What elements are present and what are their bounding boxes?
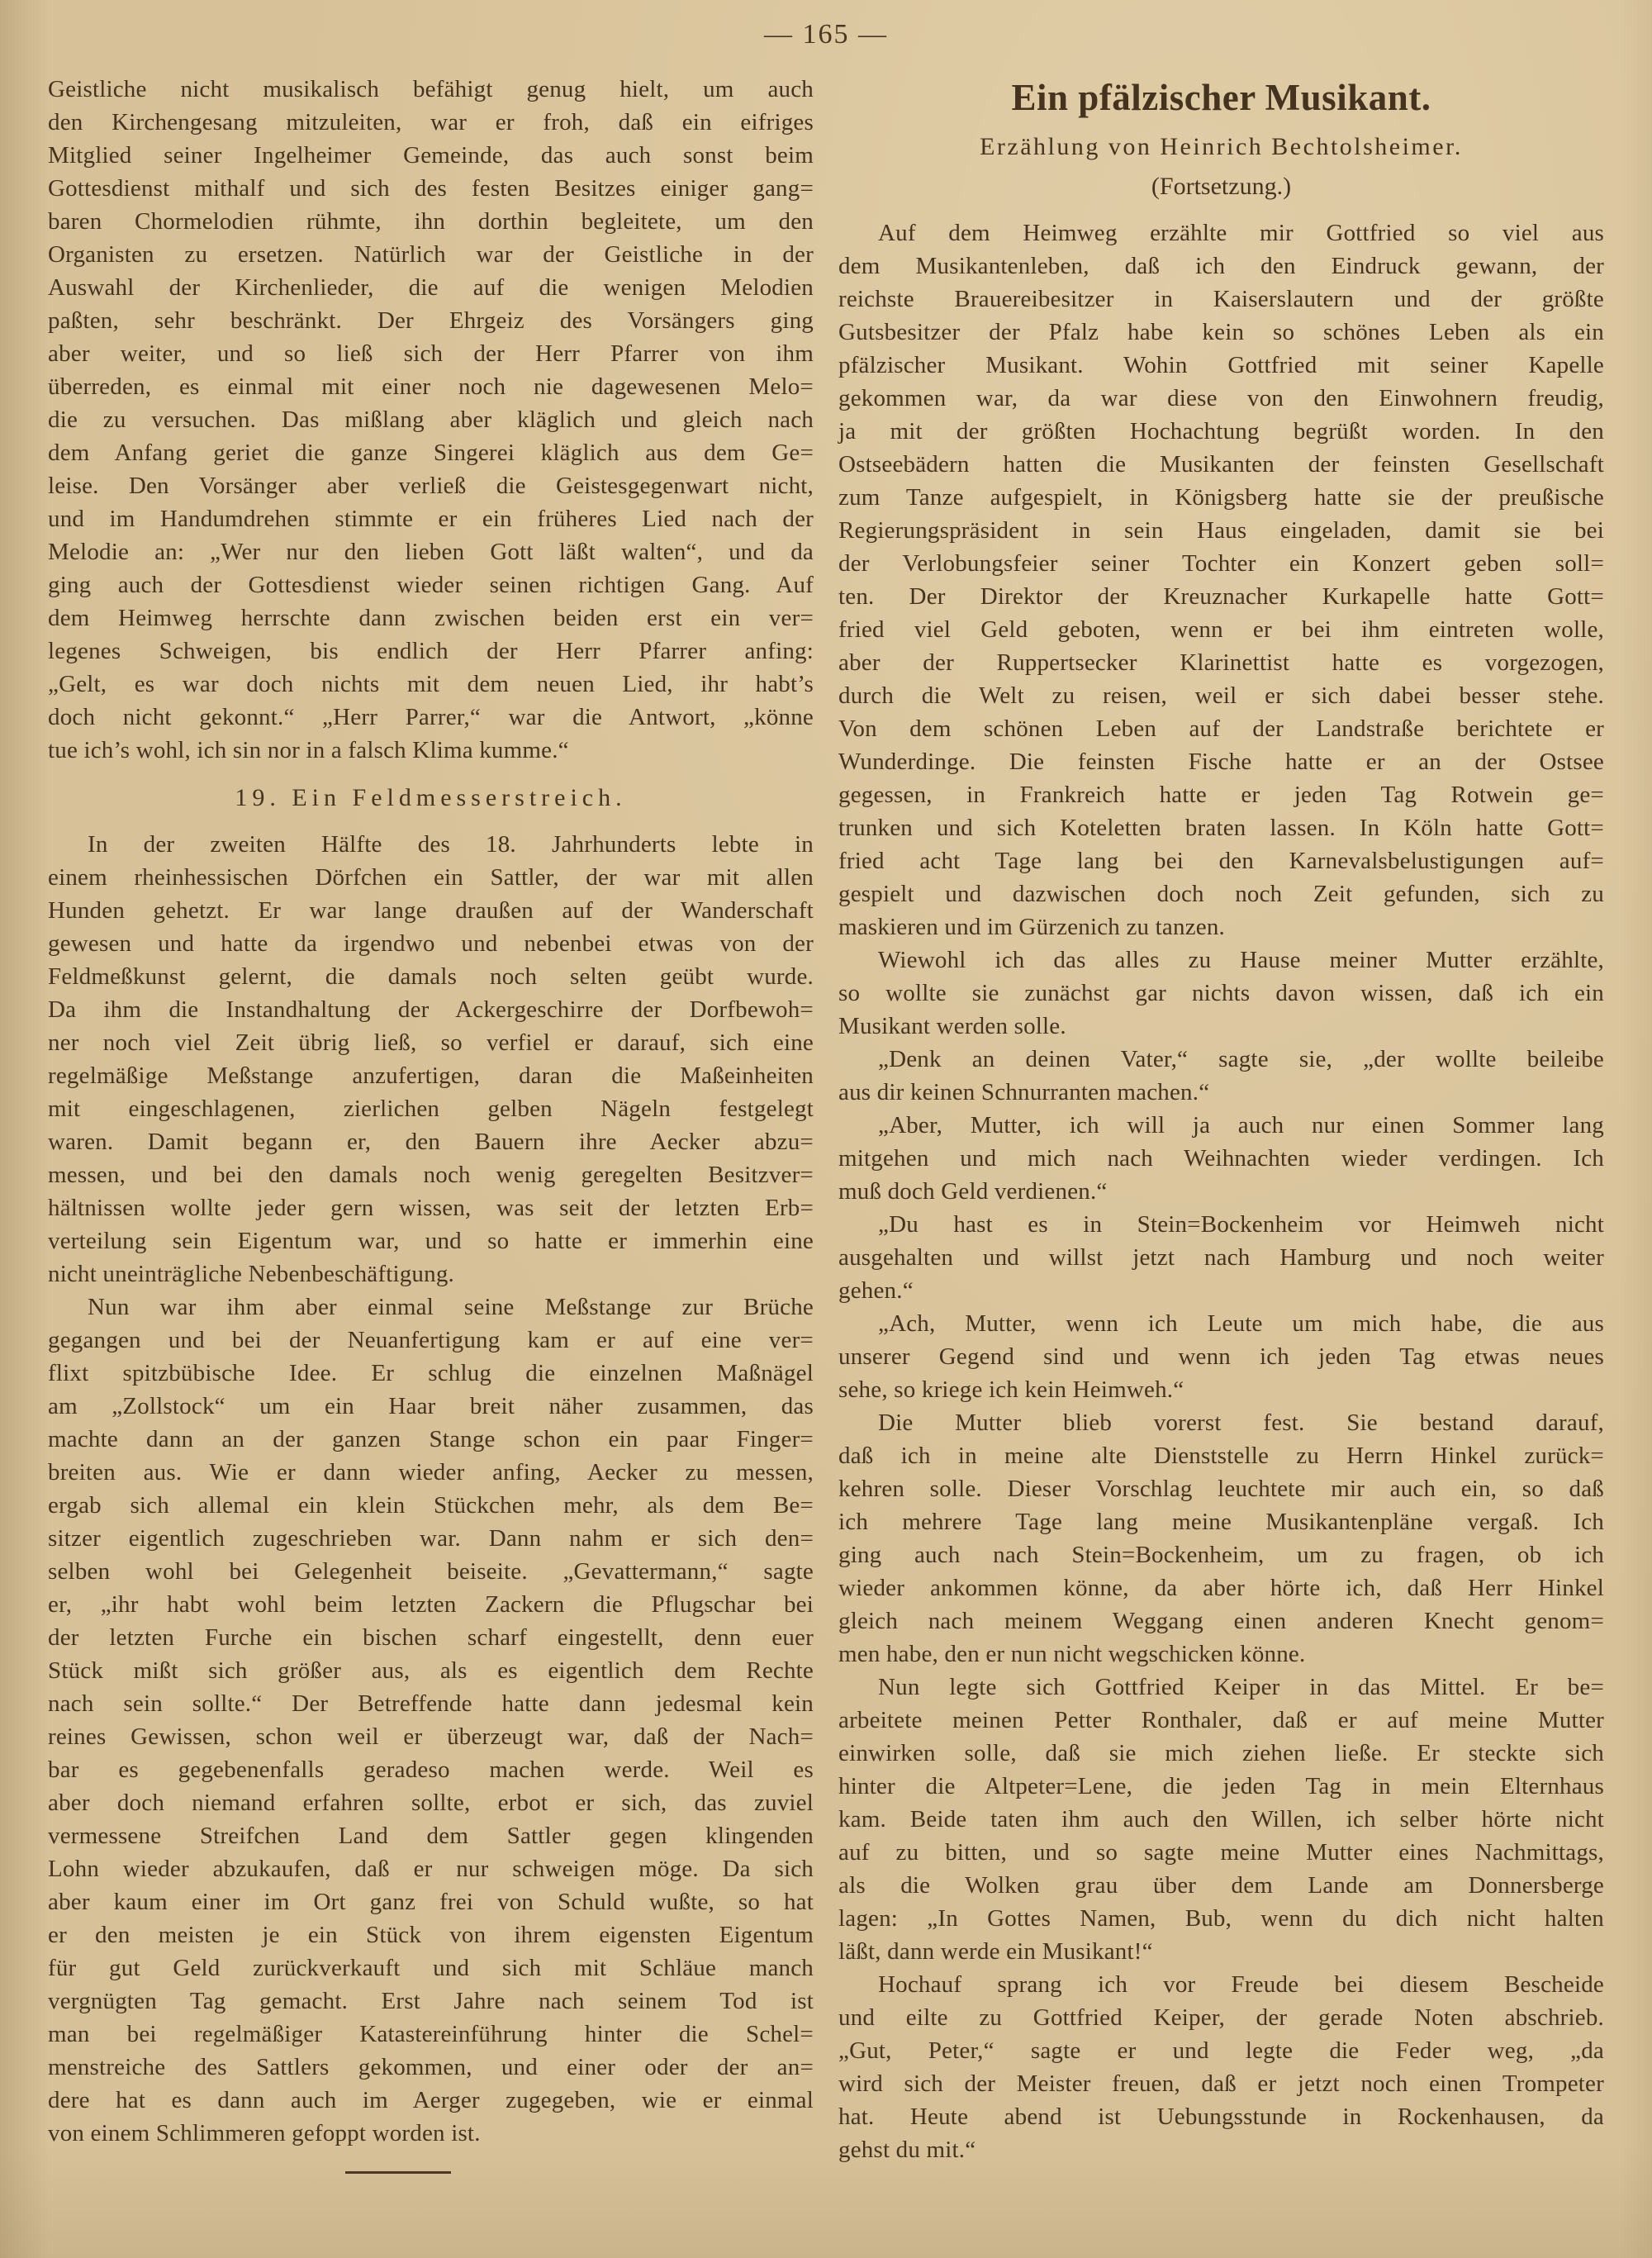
text-line: und eilte zu Gottfried Keiper, der gerad… (838, 2001, 1604, 2034)
page-number: — 165 — (48, 17, 1604, 53)
text-line: fried viel Geld geboten, wenn er bei ihm… (838, 613, 1604, 646)
text-line: dem Heimweg herrschte dann zwischen beid… (48, 601, 814, 635)
two-column-layout: Geistliche nicht musikalisch befähigt ge… (48, 73, 1604, 2174)
text-line: muß doch Geld verdienen.“ (838, 1175, 1604, 1208)
text-line: maskieren und im Gürzenich zu tanzen. (838, 910, 1604, 944)
text-line: reichste Brauereibesitzer in Kaiserslaut… (838, 283, 1604, 316)
text-line: Hochauf sprang ich vor Freude bei diesem… (838, 1968, 1604, 2001)
article-subtitle: Erzählung von Heinrich Bechtolsheimer. (838, 131, 1604, 164)
text-line: paßten, sehr beschränkt. Der Ehrgeiz des… (48, 304, 814, 337)
text-line: ging auch der Gottesdienst wieder seinen… (48, 568, 814, 601)
text-line: Regierungspräsident in sein Haus eingela… (838, 514, 1604, 547)
article-title: Ein pfälzischer Musikant. (838, 74, 1604, 121)
text-line: machte dann an der ganzen Stange schon e… (48, 1423, 814, 1456)
text-line: und im Handumdrehen stimmte er ein frühe… (48, 502, 814, 535)
text-line: Melodie an: „Wer nur den lieben Gott läß… (48, 535, 814, 568)
text-line: Da ihm die Instandhaltung der Ackergesch… (48, 993, 814, 1026)
text-line: er, „ihr habt wohl beim letzten Zackern … (48, 1588, 814, 1621)
text-line: nach sein sollte.“ Der Betreffende hatte… (48, 1687, 814, 1720)
text-line: aus dir keinen Schnurranten machen.“ (838, 1076, 1604, 1109)
text-line: so wollte sie zunächst gar nichts davon … (838, 977, 1604, 1010)
text-line: vergnügten Tag gemacht. Erst Jahre nach … (48, 1985, 814, 2018)
paragraph: Nun legte sich Gottfried Keiper in das M… (838, 1671, 1604, 1968)
text-line: Stück mißt sich größer aus, als es eigen… (48, 1654, 814, 1687)
paragraph: Hochauf sprang ich vor Freude bei diesem… (838, 1968, 1604, 2166)
text-line: Ostseebädern hatten die Musikanten der f… (838, 448, 1604, 481)
text-line: „Aber, Mutter, ich will ja auch nur eine… (838, 1109, 1604, 1142)
text-line: Musikant werden solle. (838, 1010, 1604, 1043)
paragraph: „Denk an deinen Vater,“ sagte sie, „der … (838, 1043, 1604, 1109)
text-line: auf zu bitten, und so sagte meine Mutter… (838, 1836, 1604, 1869)
text-line: dem Anfang geriet die ganze Singerei klä… (48, 436, 814, 469)
text-line: gleich nach meinem Weggang einen anderen… (838, 1604, 1604, 1638)
text-line: Feldmeßkunst gelernt, die damals noch se… (48, 960, 814, 993)
text-line: verteilung sein Eigentum war, und so hat… (48, 1224, 814, 1257)
text-line: hältnissen wollte jeder gern wissen, was… (48, 1191, 814, 1224)
text-line: ten. Der Direktor der Kreuznacher Kurkap… (838, 580, 1604, 613)
text-line: Auswahl der Kirchenlieder, die auf die w… (48, 271, 814, 304)
text-line: „Gelt, es war doch nichts mit dem neuen … (48, 668, 814, 701)
text-line: gegessen, in Frankreich hatte er jeden T… (838, 778, 1604, 811)
text-line: gegangen und bei der Neuanfertigung kam … (48, 1324, 814, 1357)
text-line: In der zweiten Hälfte des 18. Jahrhunder… (48, 828, 814, 861)
text-line: gekommen war, da war diese von den Einwo… (838, 382, 1604, 415)
text-line: aber kaum einer im Ort ganz frei von Sch… (48, 1885, 814, 1918)
text-line: den Kirchengesang mitzuleiten, war er fr… (48, 106, 814, 139)
text-line: Organisten zu ersetzen. Natürlich war de… (48, 238, 814, 271)
paragraph: Die Mutter blieb vorerst fest. Sie besta… (838, 1406, 1604, 1671)
text-line: am „Zollstock“ um ein Haar breit näher z… (48, 1390, 814, 1423)
text-line: hinter die Altpeter=Lene, die jeden Tag … (838, 1770, 1604, 1803)
text-line: er den meisten je ein Stück von ihrem ei… (48, 1918, 814, 1951)
text-line: „Ach, Mutter, wenn ich Leute um mich hab… (838, 1307, 1604, 1340)
text-line: arbeitete meinen Petter Ronthaler, daß e… (838, 1704, 1604, 1737)
right-column: Ein pfälzischer Musikant. Erzählung von … (838, 73, 1604, 2174)
text-line: pfälzischer Musikant. Wohin Gottfried mi… (838, 349, 1604, 382)
text-line: dere hat es dann auch im Aerger zugegebe… (48, 2084, 814, 2117)
text-line: dem Musikantenleben, daß ich den Eindruc… (838, 250, 1604, 283)
text-line: einwirken solle, daß sie mich ziehen lie… (838, 1737, 1604, 1770)
text-line: legenes Schweigen, bis endlich der Herr … (48, 635, 814, 668)
text-line: doch nicht gekonnt.“ „Herr Parrer,“ war … (48, 701, 814, 734)
text-line: die zu versuchen. Das mißlang aber klägl… (48, 403, 814, 436)
text-line: für gut Geld zurückverkauft und sich mit… (48, 1951, 814, 1985)
text-line: vermessene Streifchen Land dem Sattler g… (48, 1819, 814, 1852)
text-line: Nun war ihm aber einmal seine Meßstange … (48, 1291, 814, 1324)
paragraph: „Aber, Mutter, ich will ja auch nur eine… (838, 1109, 1604, 1208)
text-line: Lohn wieder abzukaufen, daß er nur schwe… (48, 1852, 814, 1885)
text-line: baren Chormelodien rühmte, ihn dorthin b… (48, 205, 814, 238)
text-line: aber weiter, und so ließ sich der Herr P… (48, 337, 814, 370)
text-line: bar es gegebenenfalls geradeso machen we… (48, 1753, 814, 1786)
text-line: hat. Heute abend ist Uebungsstunde in Ro… (838, 2100, 1604, 2133)
text-line: waren. Damit begann er, den Bauern ihre … (48, 1125, 814, 1158)
continuation-note: (Fortsetzung.) (838, 170, 1604, 203)
text-line: überreden, es einmal mit einer noch nie … (48, 370, 814, 403)
text-line: ner noch viel Zeit übrig ließ, so verfie… (48, 1026, 814, 1059)
text-line: ja mit der größten Hochachtung begrüßt w… (838, 415, 1604, 448)
text-line: Mitglied seiner Ingelheimer Gemeinde, da… (48, 139, 814, 172)
text-line: kam. Beide taten ihm auch den Willen, ic… (838, 1803, 1604, 1836)
scanned-page: — 165 — Geistliche nicht musikalisch bef… (0, 0, 1652, 2258)
text-line: durch die Welt zu reisen, weil er sich d… (838, 679, 1604, 712)
paragraph: Auf dem Heimweg erzählte mir Gottfried s… (838, 216, 1604, 944)
text-line: gewesen und hatte da irgendwo und nebenb… (48, 927, 814, 960)
text-line: wird sich der Meister freuen, daß er jet… (838, 2067, 1604, 2100)
text-line: Gottesdienst mithalf und sich des festen… (48, 172, 814, 205)
text-line: lagen: „In Gottes Namen, Bub, wenn du di… (838, 1902, 1604, 1935)
text-line: tue ich’s wohl, ich sin nor in a falsch … (48, 734, 814, 767)
text-line: gehst du mit.“ (838, 2133, 1604, 2166)
text-line: sitzer eigentlich zugeschrieben war. Dan… (48, 1522, 814, 1555)
text-line: aber doch niemand erfahren sollte, erbot… (48, 1786, 814, 1819)
text-line: trunken und sich Koteletten braten lasse… (838, 811, 1604, 844)
text-line: der Verlobungsfeier seiner Tochter ein K… (838, 547, 1604, 580)
paragraph: Nun war ihm aber einmal seine Meßstange … (48, 1291, 814, 2150)
text-line: breiten aus. Wie er dann wieder anfing, … (48, 1456, 814, 1489)
text-line: Auf dem Heimweg erzählte mir Gottfried s… (838, 216, 1604, 250)
text-line: messen, und bei den damals noch wenig ge… (48, 1158, 814, 1191)
text-line: läßt, dann werde ein Musikant!“ (838, 1935, 1604, 1968)
text-line: leise. Den Vorsänger aber verließ die Ge… (48, 469, 814, 502)
text-line: wieder ankommen könne, da aber hörte ich… (838, 1571, 1604, 1604)
text-line: sehe, so kriege ich kein Heimweh.“ (838, 1373, 1604, 1406)
text-line: „Gut, Peter,“ sagte er und legte die Fed… (838, 2034, 1604, 2067)
paragraph: Wiewohl ich das alles zu Hause meiner Mu… (838, 944, 1604, 1043)
text-line: flixt spitzbübische Idee. Er schlug die … (48, 1357, 814, 1390)
paragraph: „Ach, Mutter, wenn ich Leute um mich hab… (838, 1307, 1604, 1406)
text-line: Gutsbesitzer der Pfalz habe kein so schö… (838, 316, 1604, 349)
text-line: kehren solle. Dieser Vorschlag leuchtete… (838, 1472, 1604, 1505)
text-line: daß ich in meine alte Dienststelle zu He… (838, 1439, 1604, 1472)
text-line: ging auch nach Stein=Bockenheim, um zu f… (838, 1538, 1604, 1571)
text-line: Von dem schönen Leben auf der Landstraße… (838, 712, 1604, 745)
text-line: Hunden gehetzt. Er war lange draußen auf… (48, 894, 814, 927)
text-line: selben wohl bei Gelegenheit beiseite. „G… (48, 1555, 814, 1588)
paragraph: In der zweiten Hälfte des 18. Jahrhunder… (48, 828, 814, 1291)
text-line: men habe, den er nun nicht wegschicken k… (838, 1638, 1604, 1671)
text-line: regelmäßige Meßstange anzufertigen, dara… (48, 1059, 814, 1092)
text-line: der letzten Furche ein bischen scharf ei… (48, 1621, 814, 1654)
text-line: „Denk an deinen Vater,“ sagte sie, „der … (838, 1043, 1604, 1076)
text-line: aber der Ruppertsecker Klarinettist hatt… (838, 646, 1604, 679)
text-line: menstreiche des Sattlers gekommen, und e… (48, 2051, 814, 2084)
text-line: gespielt und dazwischen doch noch Zeit g… (838, 877, 1604, 910)
text-line: ergab sich allemal ein klein Stückchen m… (48, 1489, 814, 1522)
text-line: zum Tanze aufgespielt, in Königsberg hat… (838, 481, 1604, 514)
text-line: Wiewohl ich das alles zu Hause meiner Mu… (838, 944, 1604, 977)
text-line: nicht uneinträgliche Nebenbeschäftigung. (48, 1257, 814, 1291)
paragraph: „Du hast es in Stein=Bockenheim vor Heim… (838, 1208, 1604, 1307)
paragraph: Geistliche nicht musikalisch befähigt ge… (48, 73, 814, 767)
text-line: einem rheinhessischen Dörfchen ein Sattl… (48, 861, 814, 894)
text-line: mit eingeschlagenen, zierlichen gelben N… (48, 1092, 814, 1125)
text-line: fried acht Tage lang bei den Karnevalsbe… (838, 844, 1604, 877)
text-line: ich mehrere Tage lang meine Musikantenpl… (838, 1505, 1604, 1538)
section-heading: 19. Ein Feldmesserstreich. (48, 782, 814, 815)
text-line: mitgehen und mich nach Weihnachten wiede… (838, 1142, 1604, 1175)
left-column: Geistliche nicht musikalisch befähigt ge… (48, 73, 814, 2174)
text-line: Geistliche nicht musikalisch befähigt ge… (48, 73, 814, 106)
section-end-rule (345, 2171, 451, 2174)
text-line: reines Gewissen, schon weil er überzeugt… (48, 1720, 814, 1753)
text-line: man bei regelmäßiger Katastereinführung … (48, 2018, 814, 2051)
article-body: Auf dem Heimweg erzählte mir Gottfried s… (838, 216, 1604, 2166)
text-line: Nun legte sich Gottfried Keiper in das M… (838, 1671, 1604, 1704)
text-line: von einem Schlimmeren gefoppt worden ist… (48, 2117, 814, 2150)
text-line: als die Wolken grau über dem Lande am Do… (838, 1869, 1604, 1902)
text-line: unserer Gegend sind und wenn ich jeden T… (838, 1340, 1604, 1373)
text-line: Wunderdinge. Die feinsten Fische hatte e… (838, 745, 1604, 778)
text-line: gehen.“ (838, 1274, 1604, 1307)
text-line: „Du hast es in Stein=Bockenheim vor Heim… (838, 1208, 1604, 1241)
text-line: Die Mutter blieb vorerst fest. Sie besta… (838, 1406, 1604, 1439)
text-line: ausgehalten und willst jetzt nach Hambur… (838, 1241, 1604, 1274)
